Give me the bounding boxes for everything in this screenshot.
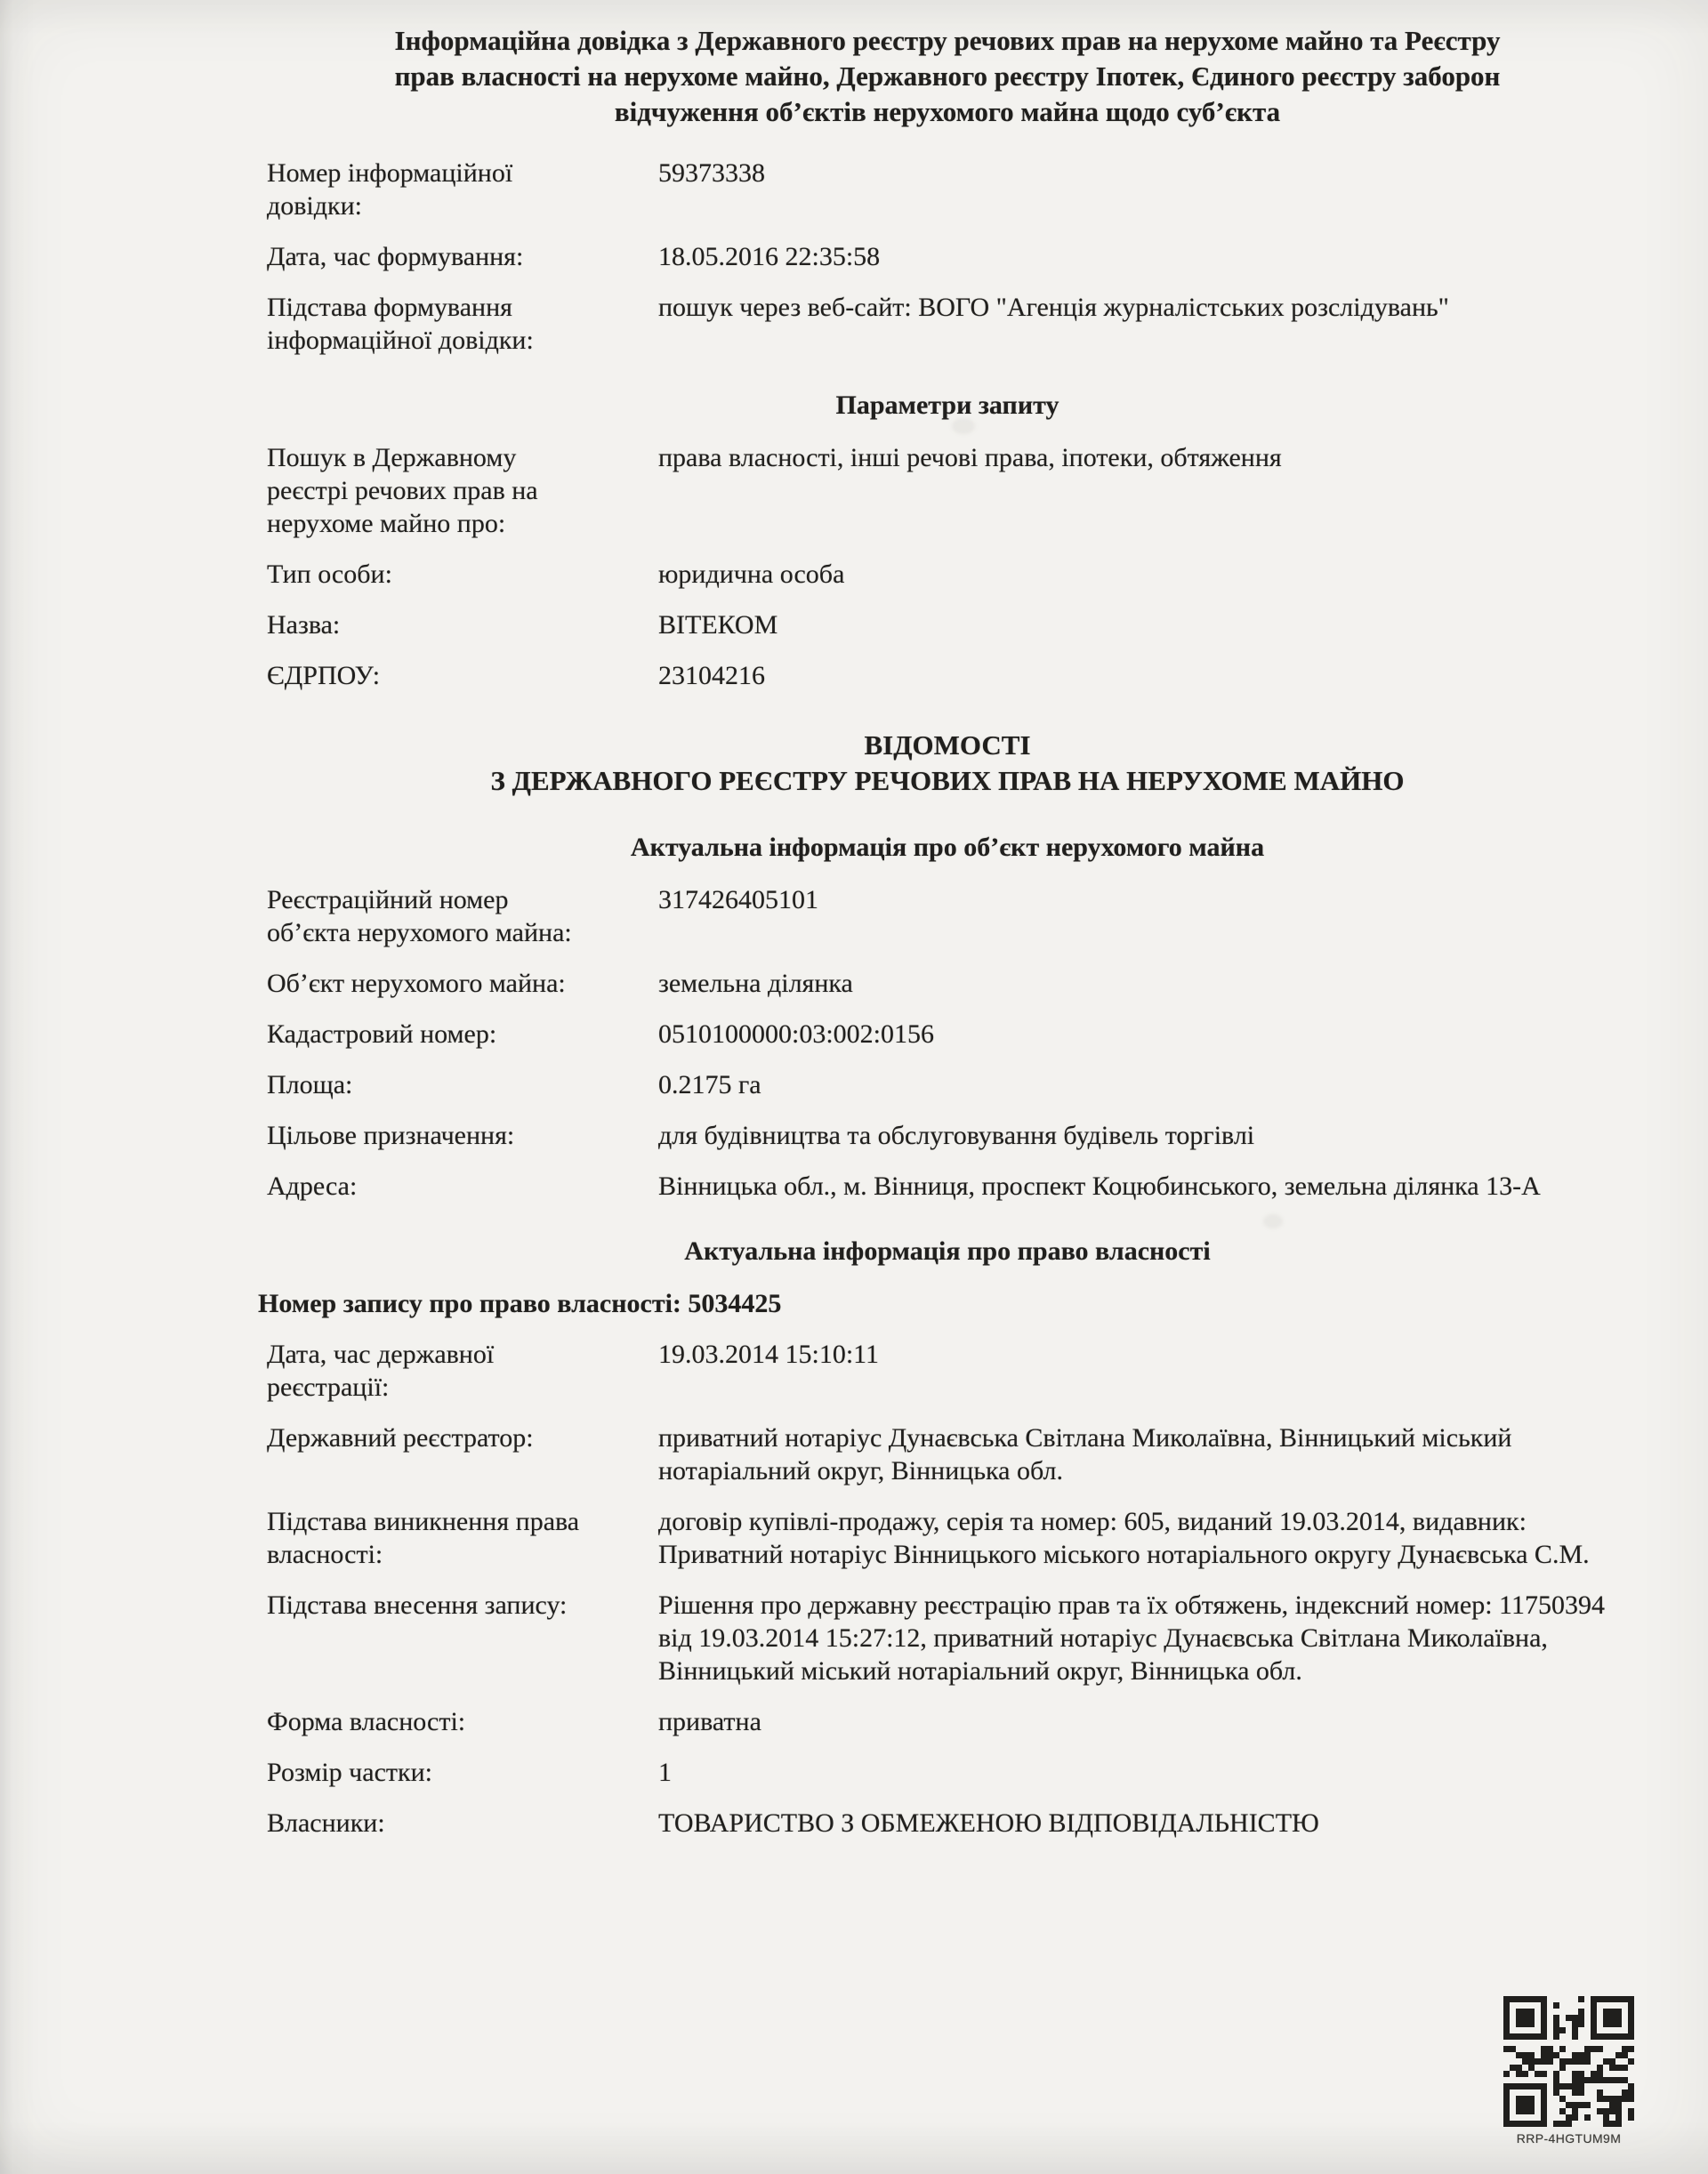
field-label: Назва: (267, 608, 587, 641)
query-params-block: Пошук в Державному реєстрі речових прав … (267, 441, 1628, 692)
document-page: Інформаційна довідка з Державного реєстр… (0, 0, 1708, 2174)
field-label: Власники: (267, 1807, 587, 1840)
qr-caption: RRP-4HGTUM9M (1503, 2131, 1634, 2146)
field-label: Пошук в Державному реєстрі речових прав … (267, 441, 587, 540)
ownership-row: Розмір частки: 1 (267, 1756, 1628, 1789)
field-label: Державний реєстратор: (267, 1421, 587, 1454)
section-heading-ownership-info: Актуальна інформація про право власності (267, 1235, 1628, 1268)
ownership-row: Дата, час державної реєстрації: 19.03.20… (267, 1338, 1628, 1404)
page-title-line-1: Інформаційна довідка з Державного реєстр… (267, 23, 1628, 59)
field-value: договір купівлі-продажу, серія та номер:… (658, 1505, 1619, 1571)
qr-block: RRP-4HGTUM9M (1503, 1996, 1634, 2146)
field-label: Тип особи: (267, 558, 587, 591)
field-label: Адреса: (267, 1170, 587, 1203)
field-value: 317426405101 (658, 883, 1619, 949)
register-heading-line-2: З ДЕРЖАВНОГО РЕЄСТРУ РЕЧОВИХ ПРАВ НА НЕР… (267, 763, 1628, 799)
page-title: Інформаційна довідка з Державного реєстр… (267, 23, 1628, 130)
field-value: Вінницька обл., м. Вінниця, проспект Коц… (658, 1170, 1619, 1203)
object-info-block: Реєстраційний номер об’єкта нерухомого м… (267, 883, 1628, 1203)
field-label: Підстава формування інформаційної довідк… (267, 291, 587, 357)
field-value: 18.05.2016 22:35:58 (658, 240, 1619, 273)
field-label: Площа: (267, 1068, 587, 1101)
ownership-row: Форма власності: приватна (267, 1705, 1628, 1738)
field-value: юридична особа (658, 558, 1619, 591)
field-value: для будівництва та обслуговування будіве… (658, 1119, 1619, 1152)
field-label: Об’єкт нерухомого майна: (267, 967, 587, 1000)
field-label: Цільове призначення: (267, 1119, 587, 1152)
field-value: приватна (658, 1705, 1619, 1738)
field-label: Форма власності: (267, 1705, 587, 1738)
field-label: Кадастровий номер: (267, 1018, 587, 1051)
field-label: Підстава внесення запису: (267, 1589, 587, 1622)
field-label: Підстава виникнення права власності: (267, 1505, 587, 1571)
object-row: Об’єкт нерухомого майна: земельна ділянк… (267, 967, 1628, 1000)
field-value: 19.03.2014 15:10:11 (658, 1338, 1619, 1404)
query-row: Пошук в Державному реєстрі речових прав … (267, 441, 1628, 540)
field-value: 0510100000:03:002:0156 (658, 1018, 1619, 1051)
object-row: Реєстраційний номер об’єкта нерухомого м… (267, 883, 1628, 949)
ownership-row: Підстава виникнення права власності: дог… (267, 1505, 1628, 1571)
field-label: Дата, час державної реєстрації: (267, 1338, 587, 1404)
meta-block: Номер інформаційної довідки: 59373338 Да… (267, 157, 1628, 357)
ownership-record-number: Номер запису про право власності: 503442… (258, 1287, 1628, 1320)
field-label: Дата, час формування: (267, 240, 587, 273)
field-value: Рішення про державну реєстрацію прав та … (658, 1589, 1619, 1687)
document-content: Інформаційна довідка з Державного реєстр… (267, 0, 1628, 1857)
field-label: Розмір частки: (267, 1756, 587, 1789)
field-value: 0.2175 га (658, 1068, 1619, 1101)
meta-row: Підстава формування інформаційної довідк… (267, 291, 1628, 357)
field-value: пошук через веб-сайт: ВОГО "Агенція журн… (658, 291, 1619, 357)
meta-row: Номер інформаційної довідки: 59373338 (267, 157, 1628, 222)
object-row: Кадастровий номер: 0510100000:03:002:015… (267, 1018, 1628, 1051)
field-value: 1 (658, 1756, 1619, 1789)
qr-code (1503, 1996, 1634, 2127)
field-value: ТОВАРИСТВО З ОБМЕЖЕНОЮ ВІДПОВІДАЛЬНІСТЮ (658, 1807, 1619, 1840)
object-row: Цільове призначення: для будівництва та … (267, 1119, 1628, 1152)
meta-row: Дата, час формування: 18.05.2016 22:35:5… (267, 240, 1628, 273)
field-label: Реєстраційний номер об’єкта нерухомого м… (267, 883, 587, 949)
field-value: земельна ділянка (658, 967, 1619, 1000)
ownership-info-block: Дата, час державної реєстрації: 19.03.20… (267, 1338, 1628, 1840)
field-label: Номер інформаційної довідки: (267, 157, 587, 222)
query-row: Тип особи: юридична особа (267, 558, 1628, 591)
page-title-line-2: прав власності на нерухоме майно, Держав… (267, 59, 1628, 94)
field-value: 23104216 (658, 659, 1619, 692)
scan-smudge (1263, 1214, 1283, 1228)
section-heading-object-info: Актуальна інформація про об’єкт нерухомо… (267, 831, 1628, 864)
object-row: Адреса: Вінницька обл., м. Вінниця, прос… (267, 1170, 1628, 1203)
ownership-row: Власники: ТОВАРИСТВО З ОБМЕЖЕНОЮ ВІДПОВІ… (267, 1807, 1628, 1840)
field-value: права власності, інші речові права, іпот… (658, 441, 1619, 540)
ownership-row: Підстава внесення запису: Рішення про де… (267, 1589, 1628, 1687)
field-label: ЄДРПОУ: (267, 659, 587, 692)
register-heading: ВІДОМОСТІ З ДЕРЖАВНОГО РЕЄСТРУ РЕЧОВИХ П… (267, 728, 1628, 799)
section-heading-query-params: Параметри запиту (267, 389, 1628, 422)
scan-smudge (952, 418, 975, 434)
object-row: Площа: 0.2175 га (267, 1068, 1628, 1101)
field-value: приватний нотаріус Дунаєвська Світлана М… (658, 1421, 1619, 1487)
field-value: ВІТЕКОМ (658, 608, 1619, 641)
query-row: Назва: ВІТЕКОМ (267, 608, 1628, 641)
query-row: ЄДРПОУ: 23104216 (267, 659, 1628, 692)
register-heading-line-1: ВІДОМОСТІ (267, 728, 1628, 763)
page-title-line-3: відчуження об’єктів нерухомого майна щод… (267, 94, 1628, 130)
field-value: 59373338 (658, 157, 1619, 222)
ownership-row: Державний реєстратор: приватний нотаріус… (267, 1421, 1628, 1487)
